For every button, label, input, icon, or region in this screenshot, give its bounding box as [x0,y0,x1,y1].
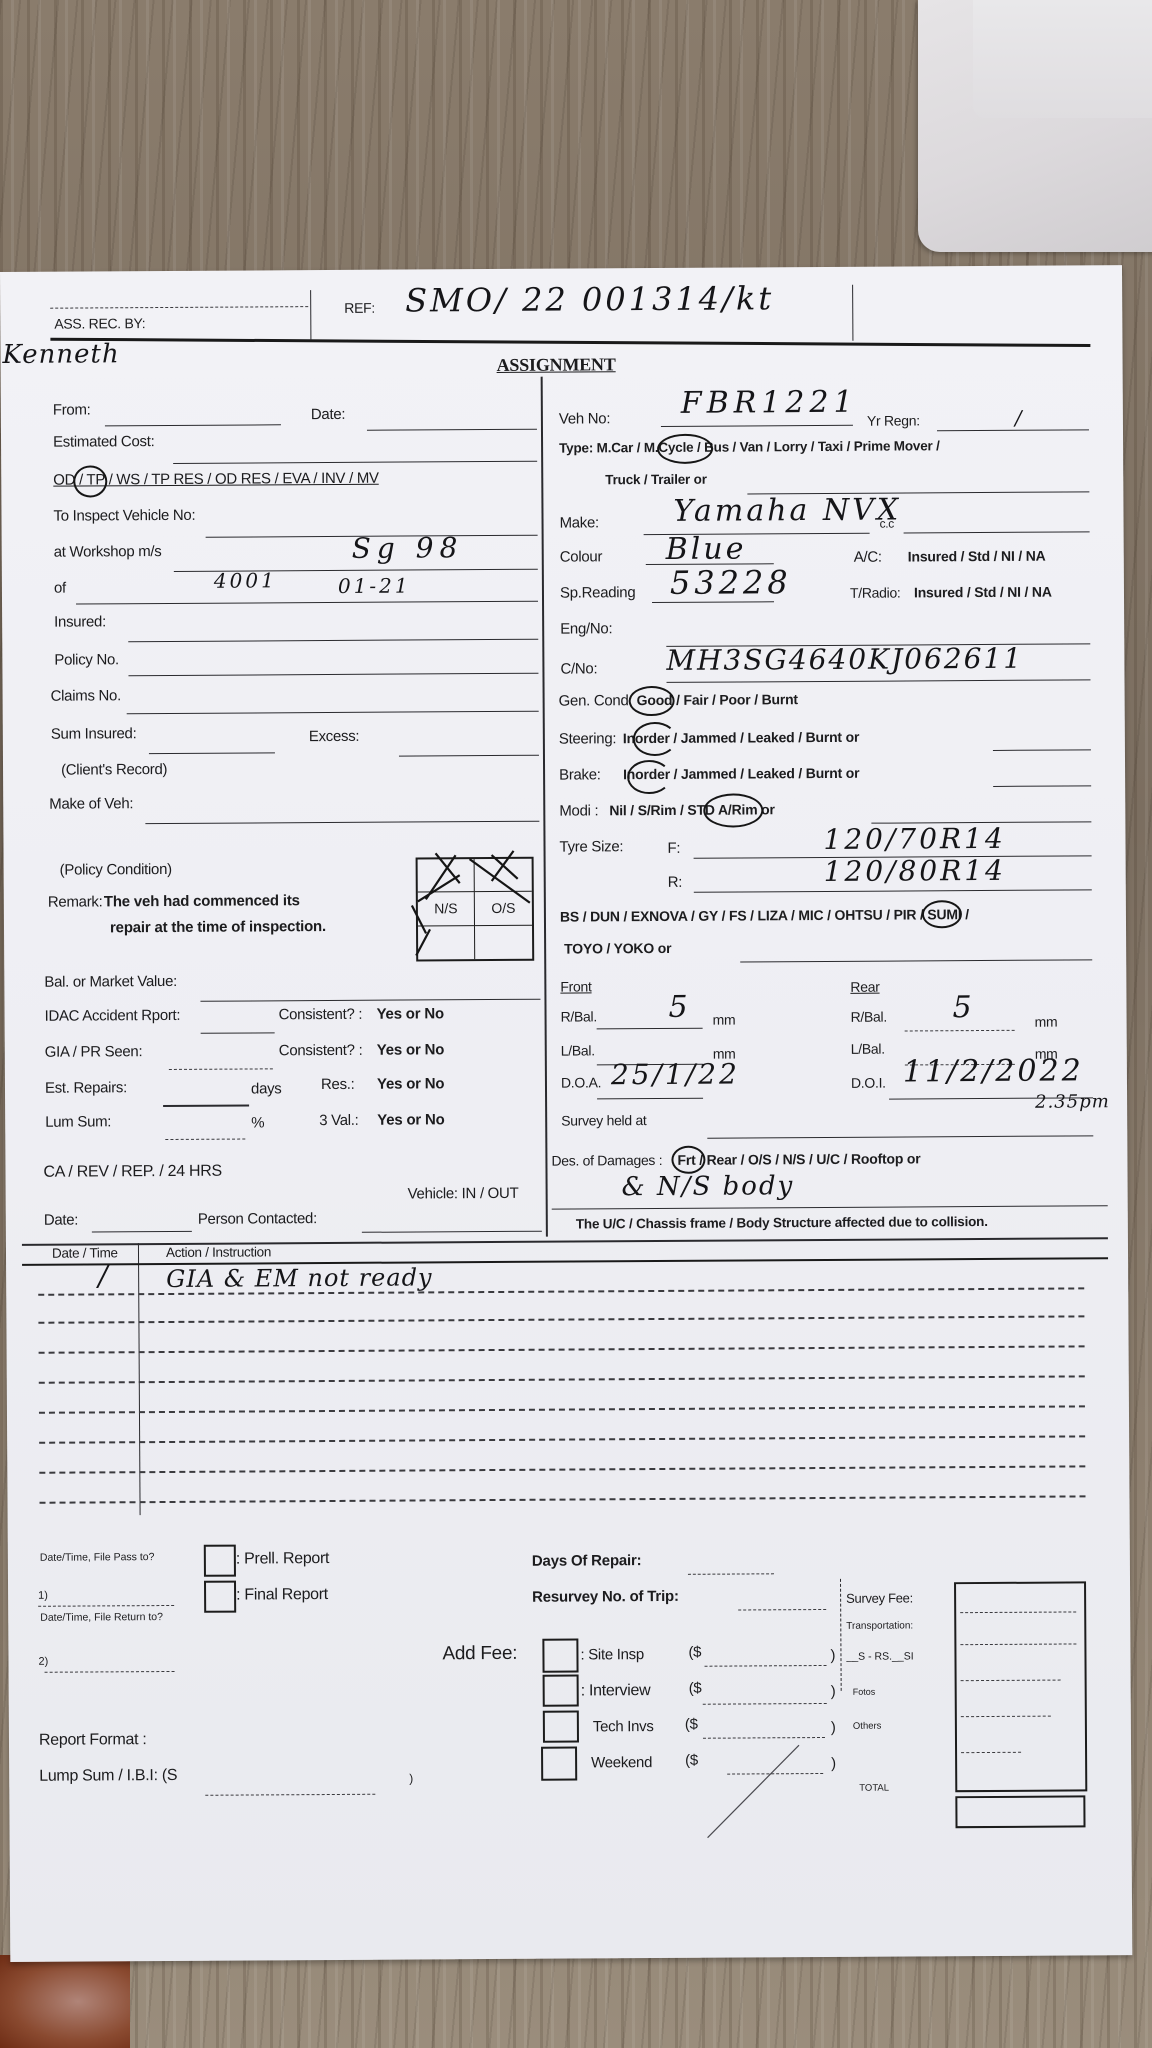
claims-no-field[interactable] [127,711,539,715]
log-line-3[interactable] [39,1345,1085,1353]
damages-field[interactable] [552,1205,1108,1209]
survey-fee-label: Survey Fee: [846,1590,913,1605]
ref-label: REF: [344,300,375,316]
column-divider [541,377,548,1237]
damages-label: Des. of Damages : [551,1152,662,1169]
header-rule [50,338,1090,347]
days-label: days [251,1080,282,1097]
sp-reading-field[interactable] [652,601,774,603]
resurvey-label: Resurvey No. of Trip: [532,1588,679,1606]
site-insp-amount[interactable] [705,1665,827,1667]
interview-close: ) [831,1683,836,1700]
weekend-label: Weekend [591,1754,652,1771]
hand-edge [0,1955,130,2048]
item-2-label: 2) [38,1656,48,1668]
rear-heading: Rear [850,979,879,995]
tyre-r-label: R: [668,874,683,891]
modi-selected-circle [703,793,763,827]
interview-checkbox[interactable] [543,1674,579,1706]
log-col-action: Action / Instruction [166,1244,271,1260]
est-repairs-field[interactable] [163,1104,249,1107]
site-insp-dollar: ($ [688,1644,701,1661]
doi-value[interactable]: 11/2/2022 [903,1053,1084,1089]
s-rs-si-label: __S - RS.__SI [846,1650,913,1662]
brake-selected-circle [627,760,671,794]
doi-label: D.O.I. [851,1075,886,1091]
veh-no-label: Veh No: [559,410,610,427]
person-contacted-field[interactable] [362,1231,542,1233]
of-label: of [54,580,66,597]
interview-dollar: ($ [689,1680,702,1697]
survey-held-label: Survey held at [561,1112,646,1129]
front-lbal-label: L/Bal. [561,1042,595,1058]
log-row[interactable]: / GIA & EM not ready [0,265,1122,272]
remark-label: Remark: [48,893,103,910]
doa-label: D.O.A. [561,1074,601,1090]
damages-value[interactable]: & N/S body [622,1171,795,1202]
of-value-2[interactable]: 01-21 [338,573,411,597]
ref-value[interactable]: SMO/ 22 001314/kt [405,279,774,319]
front-rbal-label: R/Bal. [561,1008,597,1024]
total-box[interactable] [955,1795,1085,1828]
make-of-veh-label: Make of Veh: [49,795,133,813]
res-options[interactable]: Yes or No [377,1075,445,1092]
policy-no-label: Policy No. [54,651,119,668]
three-val-options[interactable]: Yes or No [377,1111,445,1128]
ac-label: A/C: [854,549,882,566]
vehicle-type-options[interactable]: Type: M.Car / M.Cycle / Bus / Van / Lorr… [559,438,940,455]
doa-value[interactable]: 25/1/22 [611,1057,740,1091]
doi-time[interactable]: 2.35pm [1035,1091,1110,1112]
three-val-label: 3 Val.: [319,1112,358,1129]
claim-type-selected-circle [73,465,107,497]
photos-label: Fotos [853,1687,876,1697]
tyre-f-value[interactable]: 120/70R14 [823,822,1005,856]
eng-no-label: Eng/No: [560,620,612,637]
person-contacted-label: Person Contacted: [198,1210,317,1228]
date-2-label: Date: [44,1212,78,1229]
log-line-7[interactable] [39,1465,1085,1473]
rear-rbal-label: R/Bal. [851,1009,887,1025]
survey-held-field[interactable] [707,1135,1093,1138]
inspect-vehicle-label: To Inspect Vehicle No: [53,507,195,525]
lump-sum-close: ) [409,1772,413,1786]
file-pass-label: Date/Time, File Pass to? [40,1551,155,1564]
gen-cond-label: Gen. Cond: [559,692,633,709]
remark-line-2: repair at the time of inspection. [110,918,326,936]
gia-label: GIA / PR Seen: [45,1043,143,1061]
file-return-label: Date/Time, File Return to? [40,1611,163,1624]
steering-other-field[interactable] [993,749,1091,751]
tyre-f-label: F: [667,840,680,857]
prelim-report-checkbox[interactable] [204,1545,236,1577]
market-value-label: Bal. or Market Value: [44,973,177,991]
fee-divider [840,1579,842,1691]
final-report-label: : Final Report [236,1586,328,1605]
ac-options[interactable]: Insured / Std / NI / NA [908,548,1046,565]
tech-invs-label: Tech Invs [593,1718,654,1735]
insured-field[interactable] [128,639,538,643]
tyre-brand-options[interactable]: BS / DUN / EXNOVA / GY / FS / LIZA / MIC… [560,906,969,924]
vehicle-in-out[interactable]: Vehicle: IN / OUT [408,1185,519,1203]
claims-no-label: Claims No. [51,687,121,704]
fee-line-others[interactable] [961,1752,1021,1753]
ass-rec-by-label: ASS. REC. BY: [54,315,145,332]
ass-rec-by-value[interactable]: Kenneth [2,339,119,370]
brake-label: Brake: [559,766,601,783]
front-heading: Front [560,978,591,994]
total-label: TOTAL [859,1783,889,1794]
pen-stroke-mark [699,1737,810,1848]
file-pass-field[interactable] [38,1605,174,1607]
report-format-label: Report Format : [39,1731,147,1750]
est-repairs-label: Est. Repairs: [45,1079,127,1097]
header-dash-line [50,306,308,309]
percent-label: % [251,1114,264,1131]
fee-line-transport[interactable] [960,1643,1076,1645]
desk-tray [918,0,1152,252]
of-value-1[interactable]: 4001 [214,568,277,592]
sum-insured-field[interactable] [149,752,275,754]
front-rbal-field[interactable] [597,1028,703,1030]
fee-line-srs[interactable] [961,1680,1061,1682]
cc-label: c.c [880,517,895,531]
site-insp-checkbox[interactable] [542,1638,578,1672]
of-field[interactable] [76,601,538,605]
final-report-checkbox[interactable] [204,1581,236,1613]
front-rbal-unit: mm [713,1012,736,1028]
res-label: Res.: [321,1076,355,1093]
modi-label: Modi : [559,802,598,819]
transportation-label: Transportation: [846,1620,913,1631]
front-rbal-value[interactable]: 5 [668,990,690,1025]
tech-invs-dollar: ($ [685,1716,698,1733]
rear-rbal-value[interactable]: 5 [952,990,974,1025]
tyre-r-value[interactable]: 120/80R14 [824,854,1006,888]
damage-grid-marks [408,845,549,976]
weekend-close: ) [831,1755,836,1772]
log-line-6[interactable] [39,1435,1085,1443]
rear-rbal-field[interactable] [905,1030,1015,1032]
policy-condition-label: (Policy Condition) [60,861,172,879]
policy-no-field[interactable] [128,673,538,677]
veh-no-field[interactable] [661,425,853,427]
sum-insured-label: Sum Insured: [51,725,137,743]
steering-selected-circle [633,722,677,756]
estimated-cost-label: Estimated Cost: [53,433,154,451]
tyre-r-field[interactable] [694,889,1092,892]
date-label: Date: [311,406,345,423]
idac-label: IDAC Accident Rport: [44,1007,180,1025]
header-divider-2 [852,285,853,341]
clients-record-label: (Client's Record) [61,761,167,779]
tech-invs-close: ) [831,1719,836,1736]
log-row-action[interactable]: GIA & EM not ready [166,1263,433,1293]
colour-value[interactable]: Blue [666,531,747,566]
tyre-brand-options-2[interactable]: TOYO / YOKO or [564,940,671,957]
workshop-value[interactable]: Sg 98 [352,531,464,565]
tyre-brand-other-field[interactable] [740,959,1092,962]
steering-label: Steering: [559,730,616,747]
fee-breakdown-box[interactable] [954,1581,1087,1792]
brake-other-field[interactable] [993,785,1091,787]
vehicle-type-line-2[interactable]: Truck / Trailer or [605,472,707,488]
fee-line-survey[interactable] [960,1611,1076,1613]
yr-regn-field[interactable] [937,429,1089,431]
gia-field[interactable] [169,1068,273,1070]
resurvey-field[interactable] [738,1609,826,1611]
log-column-divider [138,1243,141,1515]
log-line-2[interactable] [38,1315,1084,1323]
yr-regn-label: Yr Regn: [867,412,920,428]
estimated-cost-field[interactable] [173,461,537,464]
lum-sum-field[interactable] [165,1139,245,1140]
chassis-note: The U/C / Chassis frame / Body Structure… [576,1214,988,1232]
sp-reading-label: Sp.Reading [560,584,636,601]
make-label: Make: [559,514,598,531]
make-value[interactable]: Yamaha NVX [673,492,901,528]
weekend-dollar: ($ [685,1752,698,1769]
tyre-size-label: Tyre Size: [559,838,623,855]
colour-label: Colour [560,548,602,565]
from-field[interactable] [105,424,281,426]
fee-line-photos[interactable] [961,1716,1051,1718]
damages-selected-circle [671,1146,705,1174]
site-insp-label: : Site Insp [580,1646,644,1663]
form-title: ASSIGNMENT [497,354,616,376]
c-no-label: C/No: [560,660,597,677]
insured-label: Insured: [54,613,106,630]
date-field[interactable] [367,429,537,431]
lump-sum-label: Lump Sum / I.B.I: (S [39,1767,177,1786]
damages-options[interactable]: Frt / Rear / O/S / N/S / U/C / Rooftop o… [677,1150,920,1167]
interview-label: : Interview [581,1682,651,1700]
veh-no-value[interactable]: FBR1221 [681,385,858,421]
tradio-label: T/Radio: [850,585,901,601]
vehicle-type-selected-circle [657,434,713,464]
idac-field[interactable] [201,1032,275,1033]
gia-consistent-options[interactable]: Yes or No [377,1041,445,1058]
gia-consistent-label: Consistent? : [279,1042,363,1060]
site-insp-close: ) [830,1647,835,1664]
days-of-repair-label: Days Of Repair: [532,1552,642,1570]
tyre-brand-selected-circle [922,900,962,928]
add-fee-label: Add Fee: [442,1643,517,1665]
workshop-label: at Workshop m/s [54,543,162,561]
rear-rbal-unit: mm [1035,1014,1058,1030]
cc-field[interactable] [904,531,1090,533]
ca-rev-options[interactable]: CA / REV / REP. / 24 HRS [43,1163,221,1182]
file-return-field[interactable] [45,1671,175,1673]
item-1-label: 1) [38,1590,48,1602]
interview-amount[interactable] [703,1703,827,1705]
remark-line-1: The veh had commenced its [104,892,300,910]
c-no-value[interactable]: MH3SG4640KJ062611 [666,642,1023,677]
header-divider-1 [310,290,311,340]
log-line-5[interactable] [39,1405,1085,1413]
sp-reading-value[interactable]: 53228 [670,563,792,602]
from-label: From: [53,401,91,418]
lump-sum-field[interactable] [205,1794,375,1796]
log-line-4[interactable] [39,1375,1085,1383]
c-no-field[interactable] [667,679,1091,683]
days-of-repair-field[interactable] [688,1573,774,1575]
doa-field[interactable] [597,1098,703,1100]
excess-field[interactable] [399,755,539,757]
gen-cond-selected-circle [629,686,675,716]
log-row-date[interactable]: / [98,1259,111,1292]
excess-label: Excess: [309,728,360,745]
assignment-form: ASS. REC. BY: REF: SMO/ 22 001314/kt Ken… [0,265,1132,1962]
log-line-8[interactable] [40,1495,1086,1503]
weekend-checkbox[interactable] [541,1747,577,1781]
tech-invs-checkbox[interactable] [543,1710,579,1742]
idac-consistent-label: Consistent? : [278,1006,362,1024]
date-2-field[interactable] [92,1231,192,1233]
prelim-report-label: : Prell. Report [236,1550,329,1569]
rear-lbal-label: L/Bal. [851,1041,885,1057]
market-value-field[interactable] [200,999,540,1002]
idac-consistent-options[interactable]: Yes or No [376,1005,444,1022]
lum-sum-label: Lum Sum: [45,1113,111,1130]
make-of-veh-field[interactable] [145,821,539,824]
yr-regn-value[interactable]: / [1015,406,1025,430]
tradio-options[interactable]: Insured / Std / NI / NA [914,584,1052,601]
others-label: Others [853,1721,882,1732]
